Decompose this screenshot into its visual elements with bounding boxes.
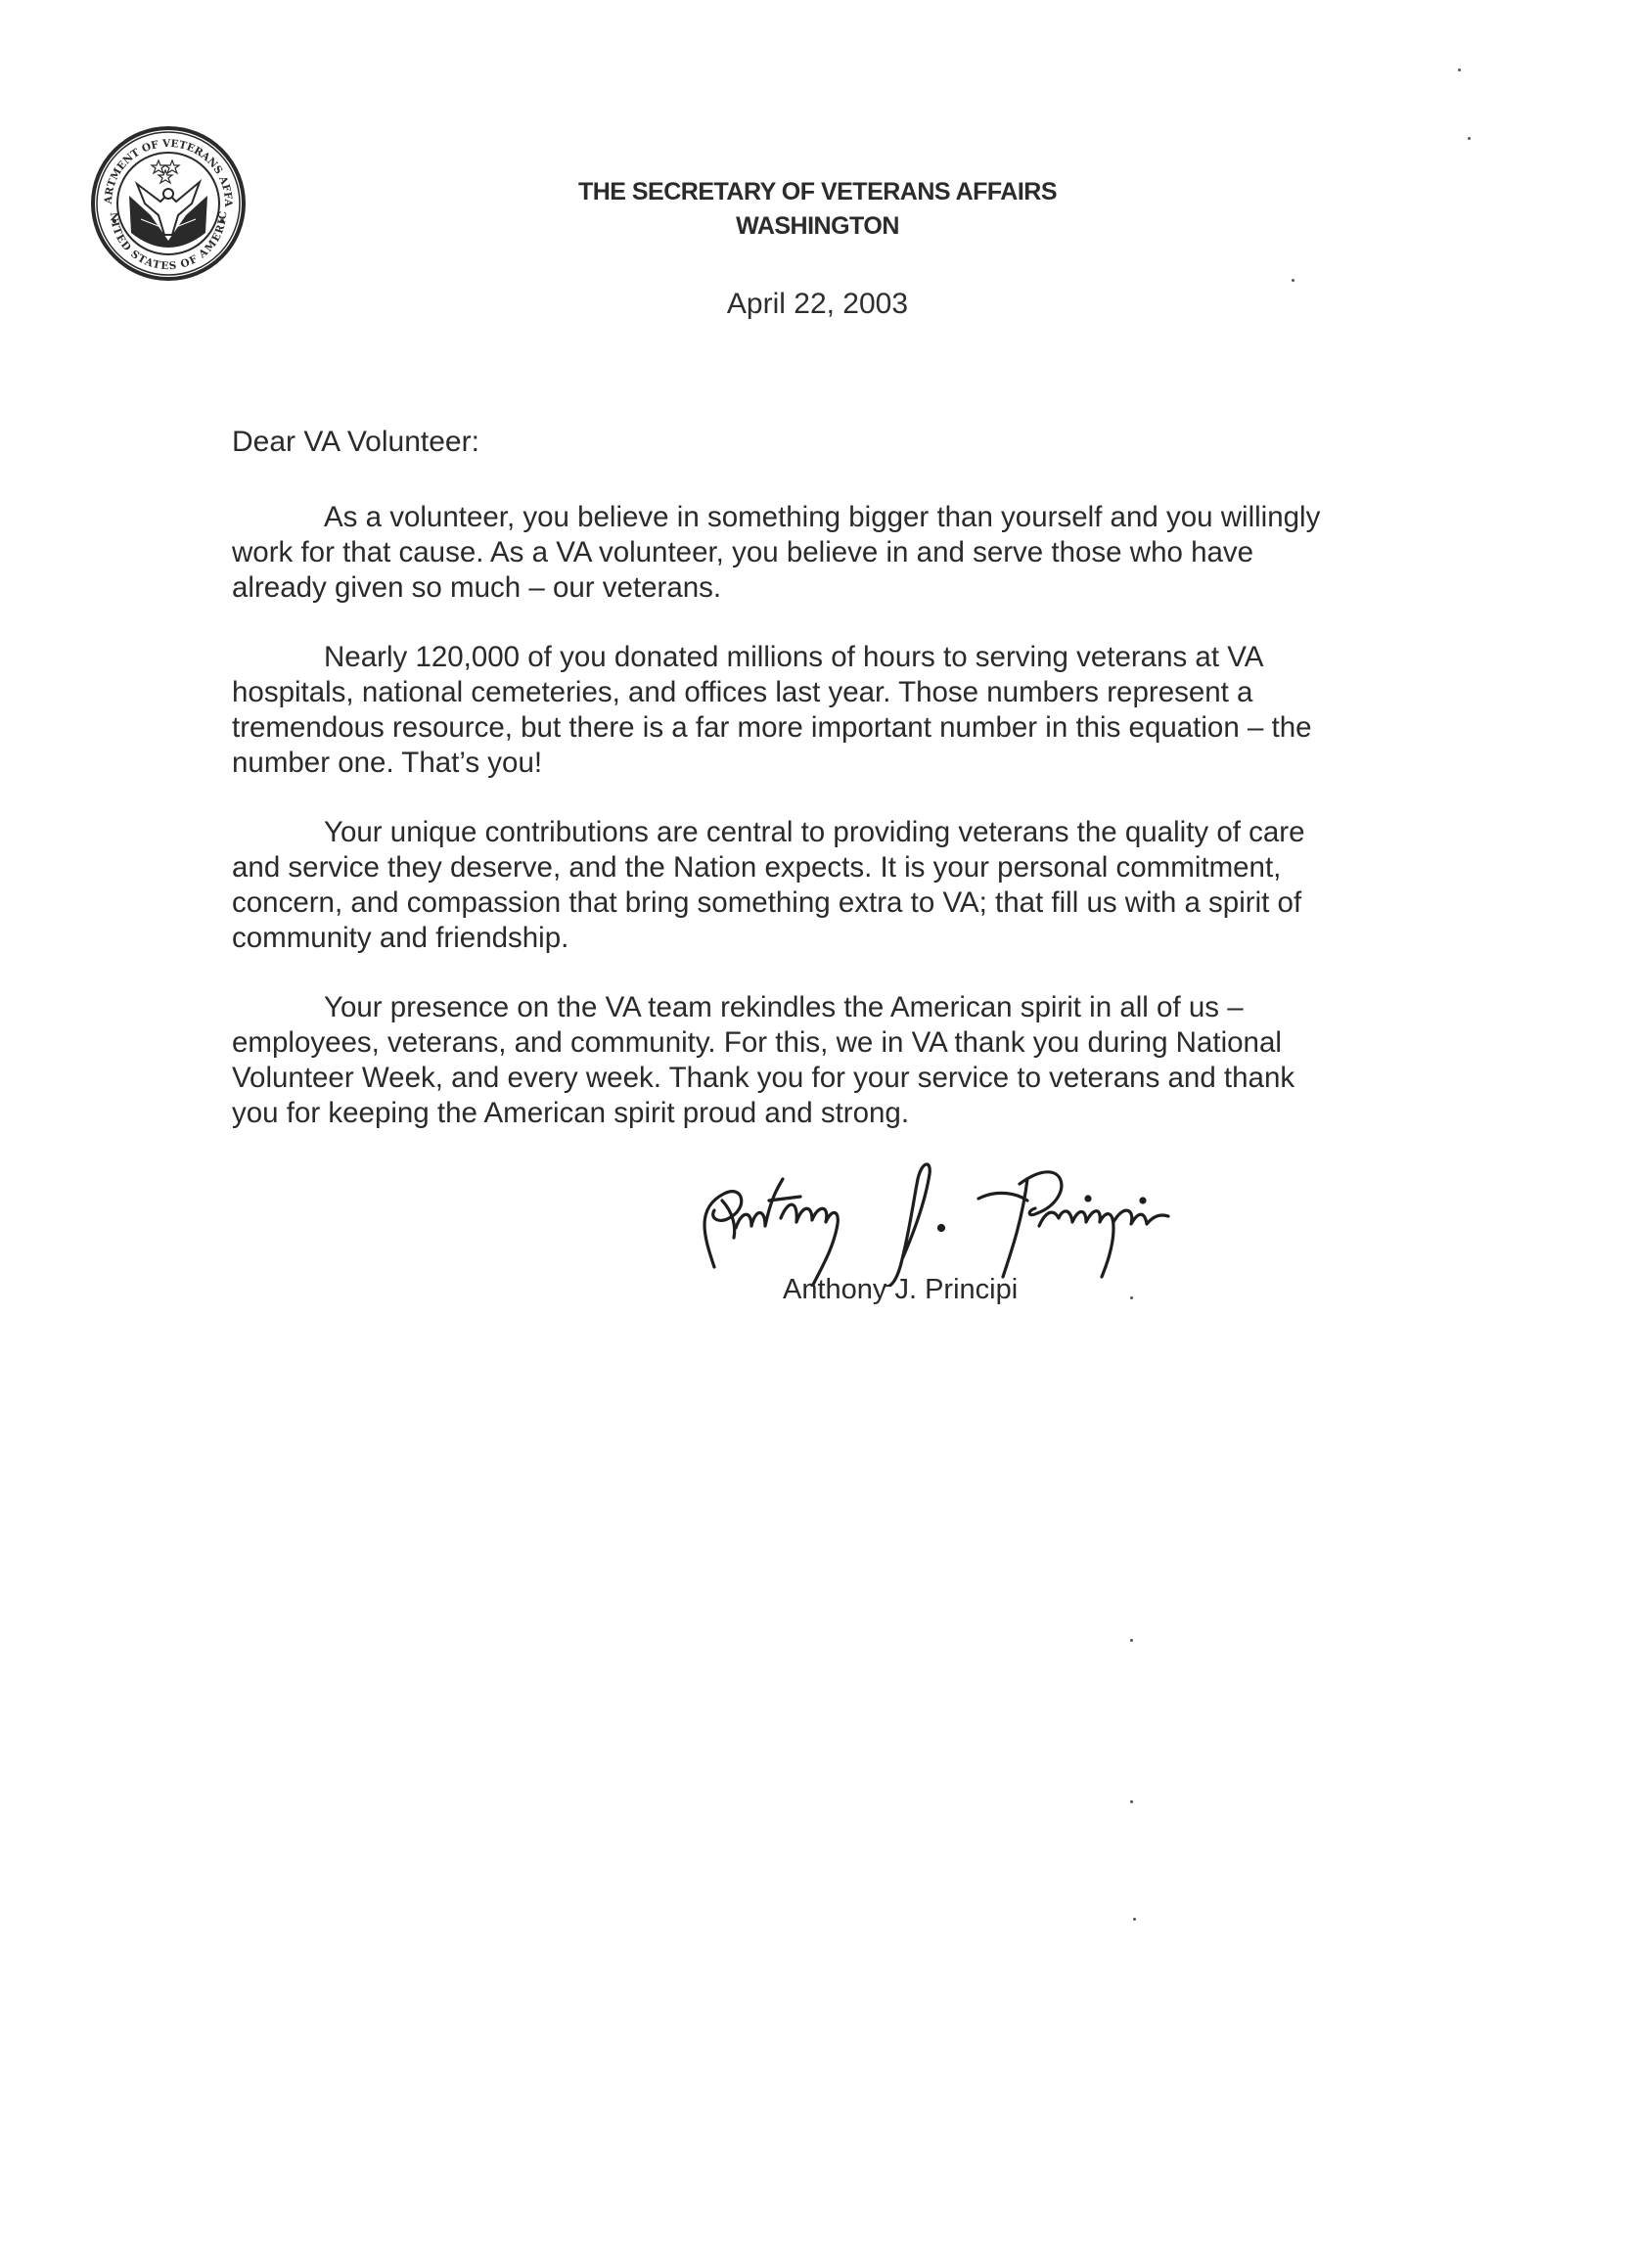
paragraph-2: Nearly 120,000 of you donated millions o…	[232, 640, 1342, 781]
scan-speck	[1133, 1918, 1136, 1921]
scan-speck	[1130, 1296, 1133, 1299]
paragraph-1: As a volunteer, you believe in something…	[232, 500, 1342, 606]
scan-speck	[1130, 1800, 1133, 1803]
letterhead-title: THE SECRETARY OF VETERANS AFFAIRS	[0, 178, 1635, 206]
scan-speck	[1458, 68, 1461, 71]
scan-speck	[1130, 1639, 1133, 1642]
handwritten-signature: Anthony J. Principi	[675, 1140, 1204, 1287]
signer-name: Anthony J. Principi	[783, 1274, 1018, 1306]
paragraph-3: Your unique contributions are central to…	[232, 815, 1342, 956]
scan-speck	[1292, 279, 1294, 282]
letterhead-location: WASHINGTON	[0, 212, 1635, 241]
salutation: Dear VA Volunteer:	[232, 426, 479, 459]
letter-date: April 22, 2003	[0, 288, 1635, 321]
scan-speck	[1468, 137, 1471, 140]
paragraph-4: Your presence on the VA team rekindles t…	[232, 990, 1342, 1131]
